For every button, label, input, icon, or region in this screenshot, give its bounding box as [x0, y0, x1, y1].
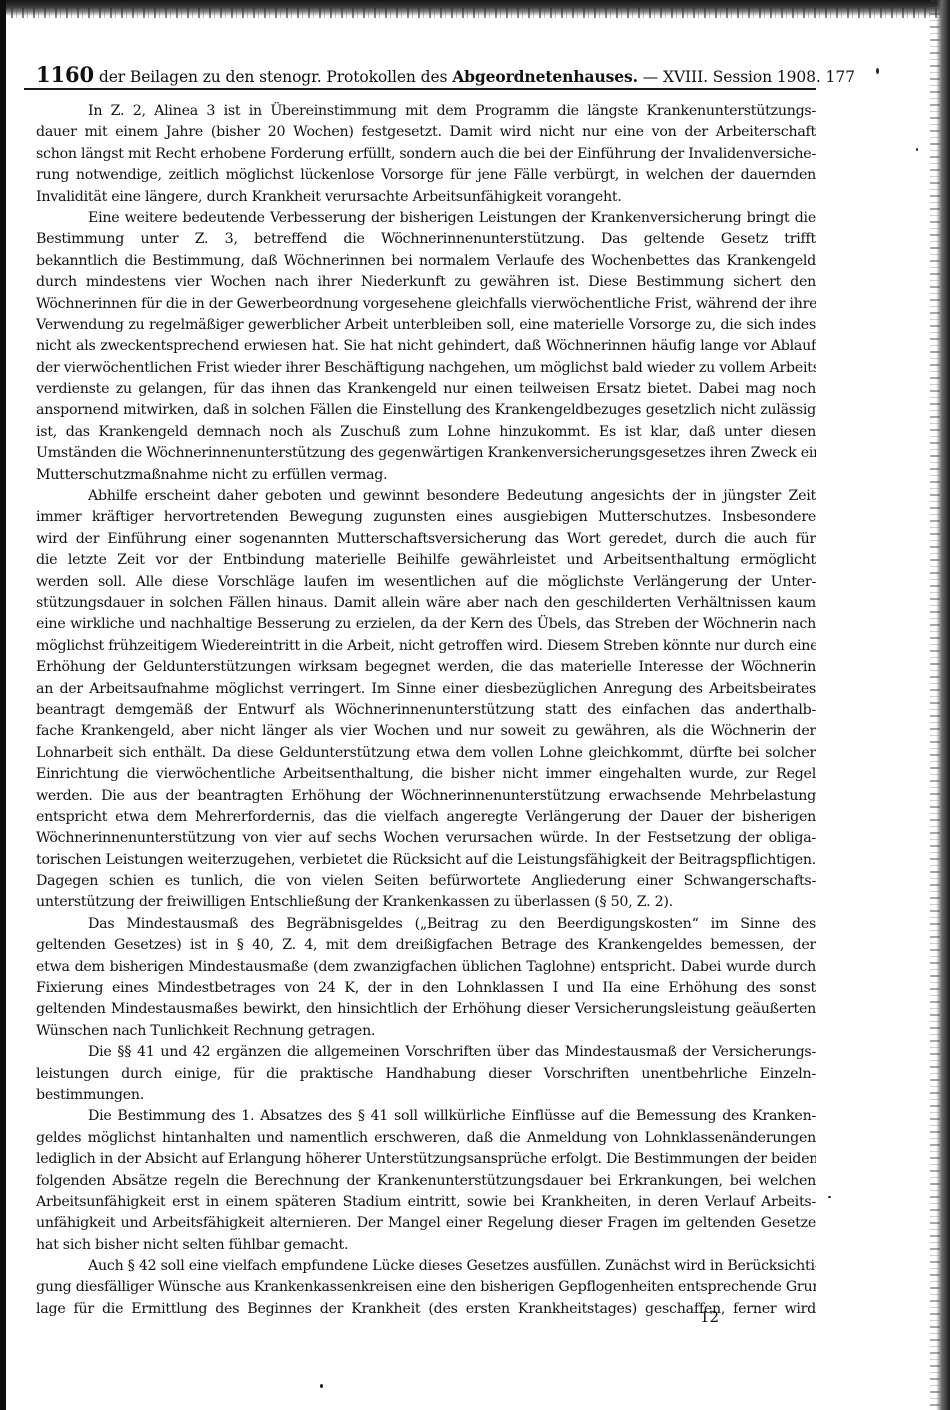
text-line: möglichst frühzeitigem Wiedereintritt in…	[36, 636, 816, 657]
text-line: ist, das Krankengeld demnach noch als Zu…	[36, 422, 816, 443]
header-house-name: Abgeordnetenhauses.	[452, 67, 638, 86]
running-header: 1160 der Beilagen zu den stenogr. Protok…	[36, 62, 816, 87]
text-line: Lohnarbeit sich enthält. Da diese Geldun…	[36, 743, 816, 764]
text-line: schon längst mit Recht erhobene Forderun…	[36, 144, 816, 165]
text-line: Auch § 42 soll eine vielfach empfundene …	[36, 1256, 816, 1277]
body-text: In Z. 2, Alinea 3 ist in Übereinstimmung…	[36, 101, 816, 1320]
text-line: nicht als zweckentsprechend erwiesen hat…	[36, 336, 816, 357]
text-line: dauer mit einem Jahre (bisher 20 Wochen)…	[36, 122, 816, 143]
scan-border-left	[0, 0, 6, 1410]
folio-number: 12	[700, 1308, 719, 1326]
paragraph: Die Bestimmung des 1. Absatzes des § 41 …	[36, 1106, 816, 1256]
scan-border-right	[936, 0, 950, 1410]
text-line: Einrichtung die vierwöchentliche Arbeits…	[36, 764, 816, 785]
text-line: Die Bestimmung des 1. Absatzes des § 41 …	[36, 1106, 816, 1127]
text-line: Erhöhung der Geldunterstützungen wirksam…	[36, 657, 816, 678]
text-line: lediglich in der Absicht auf Erlangung h…	[36, 1149, 816, 1170]
text-line: Die §§ 41 und 42 ergänzen die allgemeine…	[36, 1042, 816, 1063]
text-line: Fixierung eines Mindestbetrages von 24 K…	[36, 978, 816, 999]
header-title-prefix: der Beilagen zu den stenogr. Protokollen…	[99, 68, 448, 86]
text-line: an der Arbeitsaufnahme möglichst verring…	[36, 679, 816, 700]
text-line: rung notwendige, zeitlich möglichst lück…	[36, 165, 816, 186]
text-line: Das Mindestausmaß des Begräbnisgeldes („…	[36, 914, 816, 935]
text-line: Verwendung zu regelmäßiger gewerblicher …	[36, 315, 816, 336]
text-line: geltenden Mindestausmaßes bewirkt, den h…	[36, 999, 816, 1020]
text-line: wird der Einführung einer sogenannten Mu…	[36, 529, 816, 550]
text-line: stützungsdauer in solchen Fällen hinaus.…	[36, 593, 816, 614]
text-line: die letzte Zeit vor der Entbindung mater…	[36, 550, 816, 571]
paragraph: Eine weitere bedeutende Verbesserung der…	[36, 208, 816, 486]
text-line: immer kräftiger hervortretenden Bewegung…	[36, 507, 816, 528]
text-line: fache Krankengeld, aber nicht länger als…	[36, 721, 816, 742]
text-line: hat sich bisher nicht selten fühlbar gem…	[36, 1235, 816, 1256]
scan-speck	[916, 148, 918, 151]
text-line: folgenden Absätze regeln die Berechnung …	[36, 1171, 816, 1192]
text-line: geltenden Gesetzes) ist in § 40, Z. 4, m…	[36, 935, 816, 956]
scan-speck	[876, 68, 879, 74]
text-line: etwa dem bisherigen Mindestausmaße (dem …	[36, 957, 816, 978]
text-line: entspricht etwa dem Mehrerfordernis, das…	[36, 807, 816, 828]
text-line: torischen Leistungen weiterzugehen, verb…	[36, 850, 816, 871]
header-rule	[24, 88, 816, 90]
paragraph: Das Mindestausmaß des Begräbnisgeldes („…	[36, 914, 816, 1042]
text-line: Wöchnerinnenunterstützung von vier auf s…	[36, 828, 816, 849]
paragraph: Die §§ 41 und 42 ergänzen die allgemeine…	[36, 1042, 816, 1106]
scan-speck	[828, 1196, 831, 1198]
text-line: der vierwöchentlichen Frist wieder ihrer…	[36, 358, 816, 379]
text-line: Abhilfe erscheint daher geboten und gewi…	[36, 486, 816, 507]
text-line: beantragt demgemäß der Entwurf als Wöchn…	[36, 700, 816, 721]
paragraph: In Z. 2, Alinea 3 ist in Übereinstimmung…	[36, 101, 816, 208]
text-line: Wünschen nach Tunlichkeit Rechnung getra…	[36, 1021, 816, 1042]
text-line: Mutterschutzmaßnahme nicht zu erfüllen v…	[36, 465, 816, 486]
text-line: Wöchnerinnen für die in der Gewerbeordnu…	[36, 294, 816, 315]
text-line: Dagegen schien es tunlich, die von viele…	[36, 871, 816, 892]
text-line: Eine weitere bedeutende Verbesserung der…	[36, 208, 816, 229]
text-line: werden. Die aus der beantragten Erhöhung…	[36, 786, 816, 807]
text-line: bestimmungen.	[36, 1085, 816, 1106]
header-session: — XVIII. Session 1908. 177	[643, 68, 855, 86]
text-line: unfähigkeit und Arbeitsfähigkeit alterni…	[36, 1213, 816, 1234]
text-line: lage für die Ermittlung des Beginnes der…	[36, 1299, 816, 1320]
header-page-number: 1160	[36, 62, 94, 87]
text-line: Invalidität eine längere, durch Krankhei…	[36, 187, 816, 208]
text-line: durch mindestens vier Wochen nach ihrer …	[36, 272, 816, 293]
paragraph: Auch § 42 soll eine vielfach empfundene …	[36, 1256, 816, 1320]
paragraph: Abhilfe erscheint daher geboten und gewi…	[36, 486, 816, 914]
text-line: Arbeitsunfähigkeit erst in einem spätere…	[36, 1192, 816, 1213]
text-line: gung diesfälliger Wünsche aus Krankenkas…	[36, 1277, 816, 1298]
text-line: bekanntlich die Bestimmung, daß Wöchneri…	[36, 251, 816, 272]
scan-border-top	[0, 0, 950, 16]
text-line: Bestimmung unter Z. 3, betreffend die Wö…	[36, 229, 816, 250]
text-line: In Z. 2, Alinea 3 ist in Übereinstimmung…	[36, 101, 816, 122]
text-line: Umständen die Wöchnerinnenunterstützung …	[36, 443, 816, 464]
text-line: geldes möglichst hintanhalten und nament…	[36, 1128, 816, 1149]
text-line: unterstützung der freiwilligen Entschlie…	[36, 892, 816, 913]
text-line: werden soll. Alle diese Vorschläge laufe…	[36, 572, 816, 593]
text-line: anspornend mitwirken, daß in solchen Fäl…	[36, 400, 816, 421]
text-line: eine wirkliche und nachhaltige Besserung…	[36, 614, 816, 635]
scan-speck	[320, 1384, 323, 1388]
text-line: verdienste zu gelangen, für das ihnen da…	[36, 379, 816, 400]
text-line: leistungen durch einige, für die praktis…	[36, 1064, 816, 1085]
